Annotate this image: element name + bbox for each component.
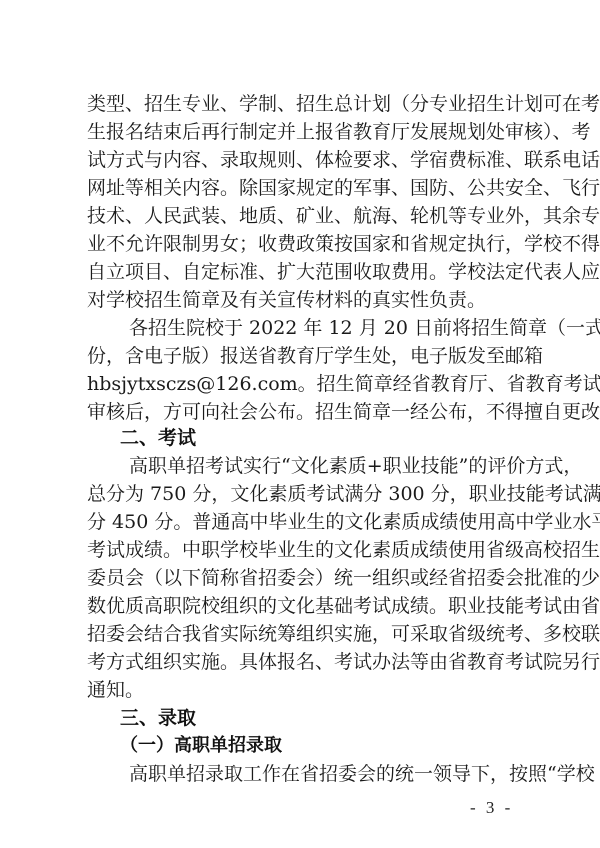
subsection-heading: （一）高职单招录取 [120,732,282,760]
paragraph-line: 业不允许限制男女；收费政策按国家和省规定执行，学校不得 [87,230,515,258]
document-page: 类型、招生专业、学制、招生总计划（分专业招生计划可在考 生报名结束后再行制定并上… [0,0,600,848]
paragraph-line: 审核后，方可向社会公布。招生简章一经公布，不得擅自更改。 [87,398,515,426]
paragraph-line: 对学校招生简章及有关宣传材料的真实性负责。 [87,286,515,314]
paragraph-line: 生报名结束后再行制定并上报省教育厅发展规划处审核）、考 [87,118,515,146]
paragraph-line: 考试成绩。中职学校毕业生的文化素质成绩使用省级高校招生 [87,536,515,564]
email-line: hbsjytxsczs@126.com。招生简章经省教育厅、省教育考试院 [87,370,515,398]
paragraph-line: 委员会（以下简称省招委会）统一组织或经省招委会批准的少 [87,564,515,592]
paragraph-line: 数优质高职院校组织的文化基础考试成绩。职业技能考试由省 [87,592,515,620]
page-number: - 3 - [470,796,513,820]
paragraph-line: 类型、招生专业、学制、招生总计划（分专业招生计划可在考 [87,90,515,118]
paragraph-line: 通知。 [87,676,515,704]
paragraph-line: 技术、人民武装、地质、矿业、航海、轮机等专业外，其余专 [87,202,515,230]
paragraph-line: 招委会结合我省实际统筹组织实施，可采取省级统考、多校联 [87,620,515,648]
paragraph-line: 分 450 分。普通高中毕业生的文化素质成绩使用高中学业水平 [87,508,515,536]
paragraph-line: 自立项目、自定标准、扩大范围收取费用。学校法定代表人应 [87,258,515,286]
section-heading-admission: 三、录取 [120,704,196,732]
paragraph-line: 考方式组织实施。具体报名、考试办法等由省教育考试院另行 [87,648,515,676]
paragraph-line: 试方式与内容、录取规则、体检要求、学宿费标准、联系电话、 [87,146,515,174]
paragraph-line: 总分为 750 分，文化素质考试满分 300 分，职业技能考试满 [87,480,515,508]
paragraph-line: 各招生院校于 2022 年 12 月 20 日前将招生简章（一式五 [129,314,515,342]
paragraph-line: 份，含电子版）报送省教育厅学生处，电子版发至邮箱 [87,342,515,370]
section-heading-exam: 二、考试 [120,424,196,452]
paragraph-line: 高职单招录取工作在省招委会的统一领导下，按照“学校 [129,760,515,788]
paragraph-line: 高职单招考试实行“文化素质+职业技能”的评价方式， [129,452,515,480]
paragraph-line: 网址等相关内容。除国家规定的军事、国防、公共安全、飞行 [87,174,515,202]
